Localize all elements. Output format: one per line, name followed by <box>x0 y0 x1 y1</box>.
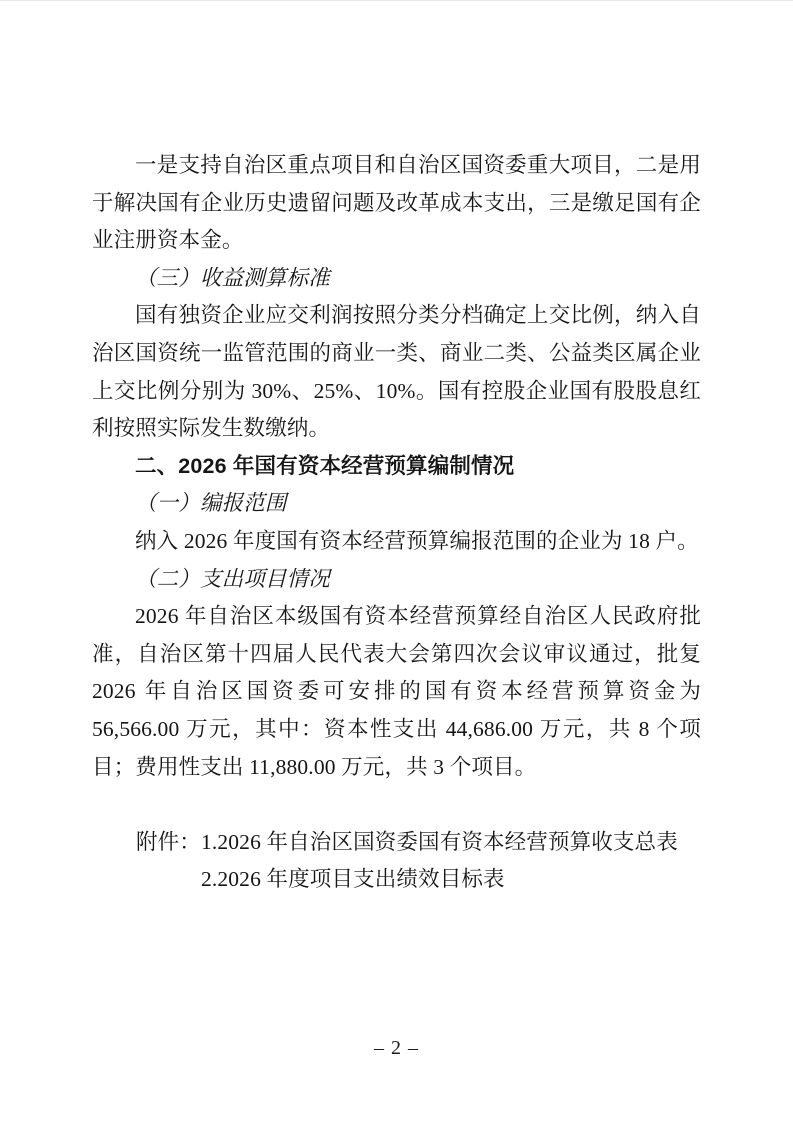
attachment-list: 附件： 1.2026 年自治区国资委国有资本经营预算收支总表 2.2026 年度… <box>92 824 701 899</box>
heading-expenditure-projects: （二）支出项目情况 <box>92 561 701 599</box>
attachment-item-performance-target-table: 2.2026 年度项目支出绩效目标表 <box>201 861 678 899</box>
paragraph-fund-usage: 一是支持自治区重点项目和自治区国资委重大项目，二是用于解决国有企业历史遗留问题及… <box>92 147 701 260</box>
attachment-label: 附件： <box>136 824 201 899</box>
attachment-items: 1.2026 年自治区国资委国有资本经营预算收支总表 2.2026 年度项目支出… <box>201 824 678 899</box>
page-number: – 2 – <box>0 1035 793 1061</box>
paragraph-profit-submission-ratios: 国有独资企业应交利润按照分类分档确定上交比例，纳入自治区国资统一监管范围的商业一… <box>92 297 701 447</box>
heading-reporting-scope: （一）编报范围 <box>92 485 701 523</box>
paragraph-budget-approval-amounts: 2026 年自治区本级国有资本经营预算经自治区人民政府批准，自治区第十四届人民代… <box>92 598 701 786</box>
heading-income-calculation-standard: （三）收益测算标准 <box>92 260 701 298</box>
attachment-item-budget-summary-table: 1.2026 年自治区国资委国有资本经营预算收支总表 <box>201 824 678 862</box>
document-page: 一是支持自治区重点项目和自治区国资委重大项目，二是用于解决国有企业历史遗留问题及… <box>0 0 793 1122</box>
paragraph-reporting-scope-enterprises: 纳入 2026 年度国有资本经营预算编报范围的企业为 18 户。 <box>92 523 701 561</box>
heading-section-2-budget-compilation: 二、2026 年国有资本经营预算编制情况 <box>92 448 701 486</box>
document-body: 一是支持自治区重点项目和自治区国资委重大项目，二是用于解决国有企业历史遗留问题及… <box>92 147 701 899</box>
